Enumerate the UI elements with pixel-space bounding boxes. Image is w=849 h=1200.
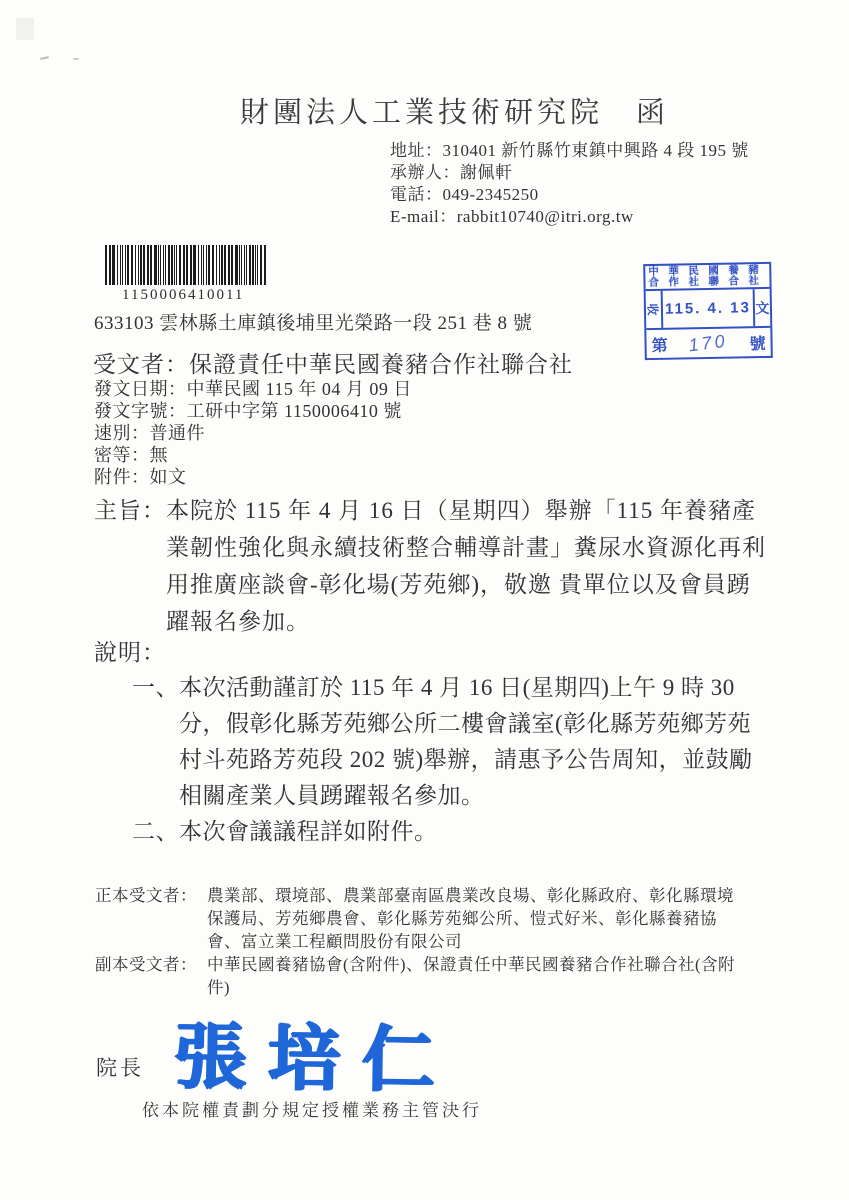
- subject-body: 本院於 115 年 4 月 16 日（星期四）舉辦「115 年養豬產 業韌性強化…: [166, 492, 766, 640]
- copy-recipients: 副本受文者： 中華民國養豬協會(含附件)、保證責任中華民國養豬合作社聯合社(含附…: [95, 953, 735, 999]
- security-class: 密等：無: [94, 444, 412, 466]
- stamp-number-row: 第 170 號: [646, 328, 770, 358]
- page-title: 財團法人工業技術研究院 函: [240, 90, 669, 131]
- delegation-note: 依本院權責劃分規定授權業務主管決行: [142, 1096, 482, 1121]
- item-number: 二、: [132, 814, 179, 850]
- recipients-line: 會、富立業工程顧問股份有限公司: [207, 930, 734, 953]
- explanation-line: 分，假彰化縣芳苑鄉公所二樓會議室(彰化縣芳苑鄉芳苑: [179, 706, 753, 742]
- subject-section: 主旨： 本院於 115 年 4 月 16 日（星期四）舉辦「115 年養豬產 業…: [94, 492, 766, 640]
- sender-address: 地址：310401 新竹縣竹東鎮中興路 4 段 195 號: [390, 140, 749, 162]
- barcode-bars: [105, 245, 289, 285]
- stamp-receive-char: 收: [646, 291, 664, 328]
- stamp-number: 170: [688, 330, 729, 356]
- stamp-middle-row: 收 115. 4. 13 文: [646, 287, 771, 330]
- doc-meta: 發文日期：中華民國 115 年 04 月 09 日 發文字號：工研中字第 115…: [94, 378, 412, 488]
- president-signature-stamp: 張培仁: [173, 998, 456, 1106]
- subject-line: 用推廣座談會-彰化場(芳苑鄉)，敬邀 貴單位以及會員踴: [166, 566, 766, 603]
- subject-line: 業韌性強化與永續技術整合輔導計畫」糞尿水資源化再利: [166, 529, 766, 566]
- president-title: 院長: [96, 1052, 144, 1082]
- recipient-line: 受文者：保證責任中華民國養豬合作社聯合社: [93, 346, 573, 379]
- sender-contact-person: 承辦人：謝佩軒: [390, 162, 749, 184]
- stamp-number-suffix: 號: [749, 331, 765, 354]
- sender-phone: 電話：049-2345250: [390, 184, 749, 206]
- stamp-date: 115. 4. 13: [663, 289, 754, 328]
- recipients-section: 正本受文者： 農業部、環境部、農業部臺南區農業改良場、彰化縣政府、彰化縣環境 保…: [95, 884, 735, 999]
- copy-recipients-label: 副本受文者：: [95, 953, 207, 976]
- subject-line: 躍報名參加。: [166, 603, 766, 640]
- scan-artifact: [40, 56, 49, 60]
- explanation-item: 一、 本次活動謹訂於 115 年 4 月 16 日(星期四)上午 9 時 30 …: [132, 670, 753, 814]
- speed-class: 速別：普通件: [94, 422, 412, 444]
- stamp-org-name: 中華民國養豬 合作社聯合社: [645, 264, 769, 289]
- explanation-line: 相關產業人員踴躍報名參加。: [179, 778, 753, 814]
- explanation-line: 本次活動謹訂於 115 年 4 月 16 日(星期四)上午 9 時 30: [179, 670, 753, 706]
- explanation-section: 一、 本次活動謹訂於 115 年 4 月 16 日(星期四)上午 9 時 30 …: [132, 670, 753, 850]
- sender-info: 地址：310401 新竹縣竹東鎮中興路 4 段 195 號 承辦人：謝佩軒 電話…: [390, 140, 749, 228]
- recipients-line: 件): [207, 976, 735, 999]
- explanation-item: 二、 本次會議議程詳如附件。: [132, 814, 753, 850]
- scan-artifact: [16, 18, 34, 40]
- original-recipients-label: 正本受文者：: [95, 884, 207, 907]
- receipt-stamp: 中華民國養豬 合作社聯合社 收 115. 4. 13 文 第 170 號: [643, 262, 773, 360]
- explanation-line: 本次會議議程詳如附件。: [179, 814, 438, 850]
- stamp-doc-char: 文: [753, 289, 771, 326]
- recipients-line: 農業部、環境部、農業部臺南區農業改良場、彰化縣政府、彰化縣環境: [207, 884, 734, 907]
- recipients-line: 中華民國養豬協會(含附件)、保證責任中華民國養豬合作社聯合社(含附: [207, 953, 735, 976]
- attachment-note: 附件：如文: [94, 466, 412, 488]
- subject-line: 本院於 115 年 4 月 16 日（星期四）舉辦「115 年養豬產: [166, 492, 766, 529]
- original-recipients: 正本受文者： 農業部、環境部、農業部臺南區農業改良場、彰化縣政府、彰化縣環境 保…: [95, 884, 735, 953]
- explanation-line: 村斗苑路芳苑段 202 號)舉辦，請惠予公告周知，並鼓勵: [179, 742, 753, 778]
- scan-artifact: [73, 58, 79, 60]
- subject-label: 主旨：: [94, 492, 166, 529]
- barcode-number: 1150006410011: [122, 287, 244, 304]
- mailing-address: 633103 雲林縣土庫鎮後埔里光榮路一段 251 巷 8 號: [94, 308, 532, 335]
- explanation-label: 說明：: [94, 634, 166, 667]
- issue-date: 發文日期：中華民國 115 年 04 月 09 日: [94, 378, 412, 400]
- stamp-number-prefix: 第: [651, 332, 667, 355]
- recipients-line: 保護局、芳苑鄉農會、彰化縣芳苑鄉公所、愷式好米、彰化縣養豬協: [207, 907, 734, 930]
- doc-number: 發文字號：工研中字第 1150006410 號: [94, 400, 412, 422]
- sender-email: E-mail：rabbit10740@itri.org.tw: [390, 206, 749, 228]
- item-number: 一、: [132, 670, 179, 706]
